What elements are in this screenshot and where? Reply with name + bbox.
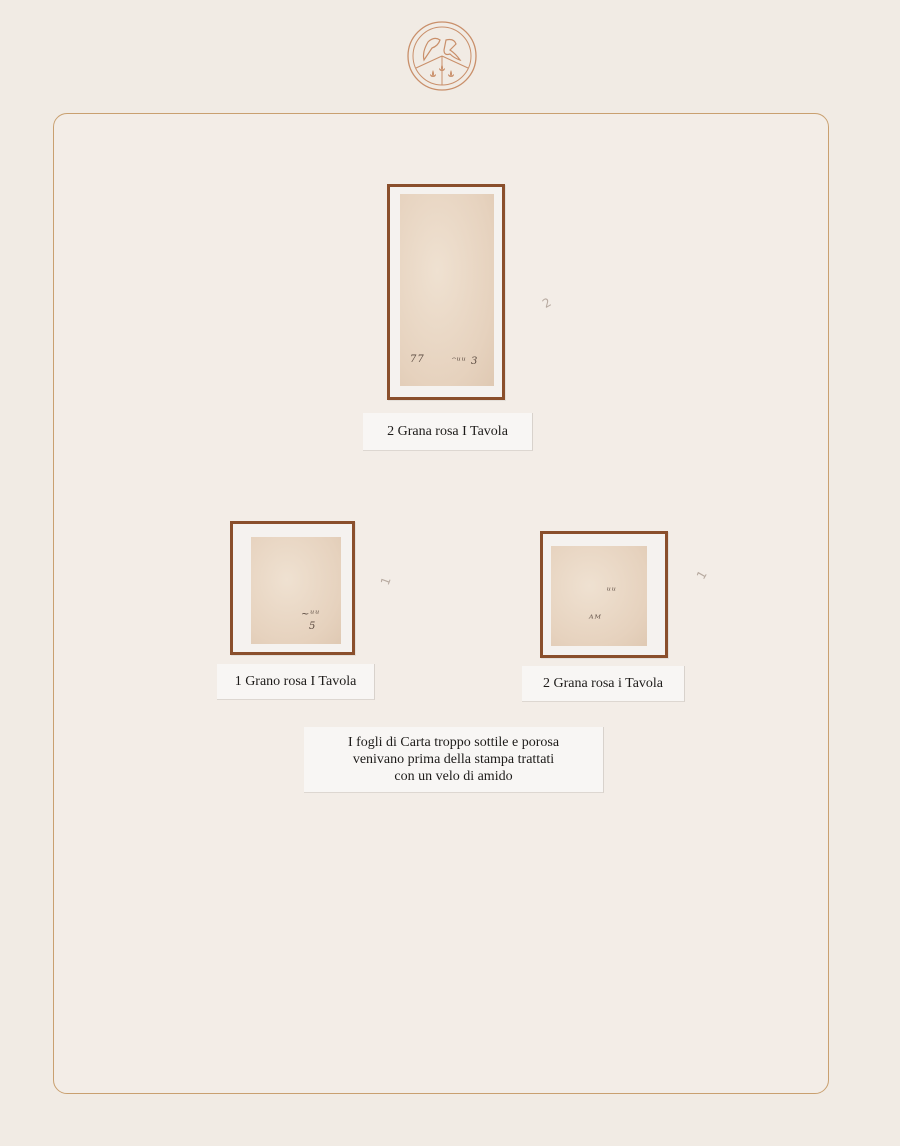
pen-mark: 5 [309,621,316,632]
pen-mark: ᵘᵘ [607,586,617,597]
caption-label-top: 2 Grana rosa I Tavola [363,413,533,451]
caption-text: 1 Grano rosa I Tavola [235,673,357,690]
stamp-back-2-grana-top: 77 ᵔᵘᵘ 3 [400,194,494,386]
trinacria-emblem-icon [406,20,478,92]
stamp-mount-left: ~ᵘᵘ 5 [230,521,355,655]
pen-mark: ~ᵘᵘ [301,609,320,620]
pen-mark: 77 [410,354,425,365]
stamp-back-1-grano: ~ᵘᵘ 5 [251,537,341,644]
caption-label-left: 1 Grano rosa I Tavola [217,664,375,700]
caption-text: 2 Grana rosa I Tavola [387,423,508,440]
pen-mark: ᵔᵘᵘ 3 [452,356,478,367]
note-label: I fogli di Carta troppo sottile e porosa… [304,727,604,793]
stamp-mount-right: ᵘᵘ ᴬᴹ [540,531,668,658]
stamp-back-2-grana-right: ᵘᵘ ᴬᴹ [551,546,647,646]
note-line: con un velo di amido [394,768,512,785]
note-line: venivano prima della stampa trattati [353,751,554,768]
caption-text: 2 Grana rosa i Tavola [543,675,663,692]
stamp-mount-top: 77 ᵔᵘᵘ 3 [387,184,505,400]
caption-label-right: 2 Grana rosa i Tavola [522,666,685,702]
pen-mark: ᴬᴹ [589,614,602,625]
note-line: I fogli di Carta troppo sottile e porosa [348,734,559,751]
